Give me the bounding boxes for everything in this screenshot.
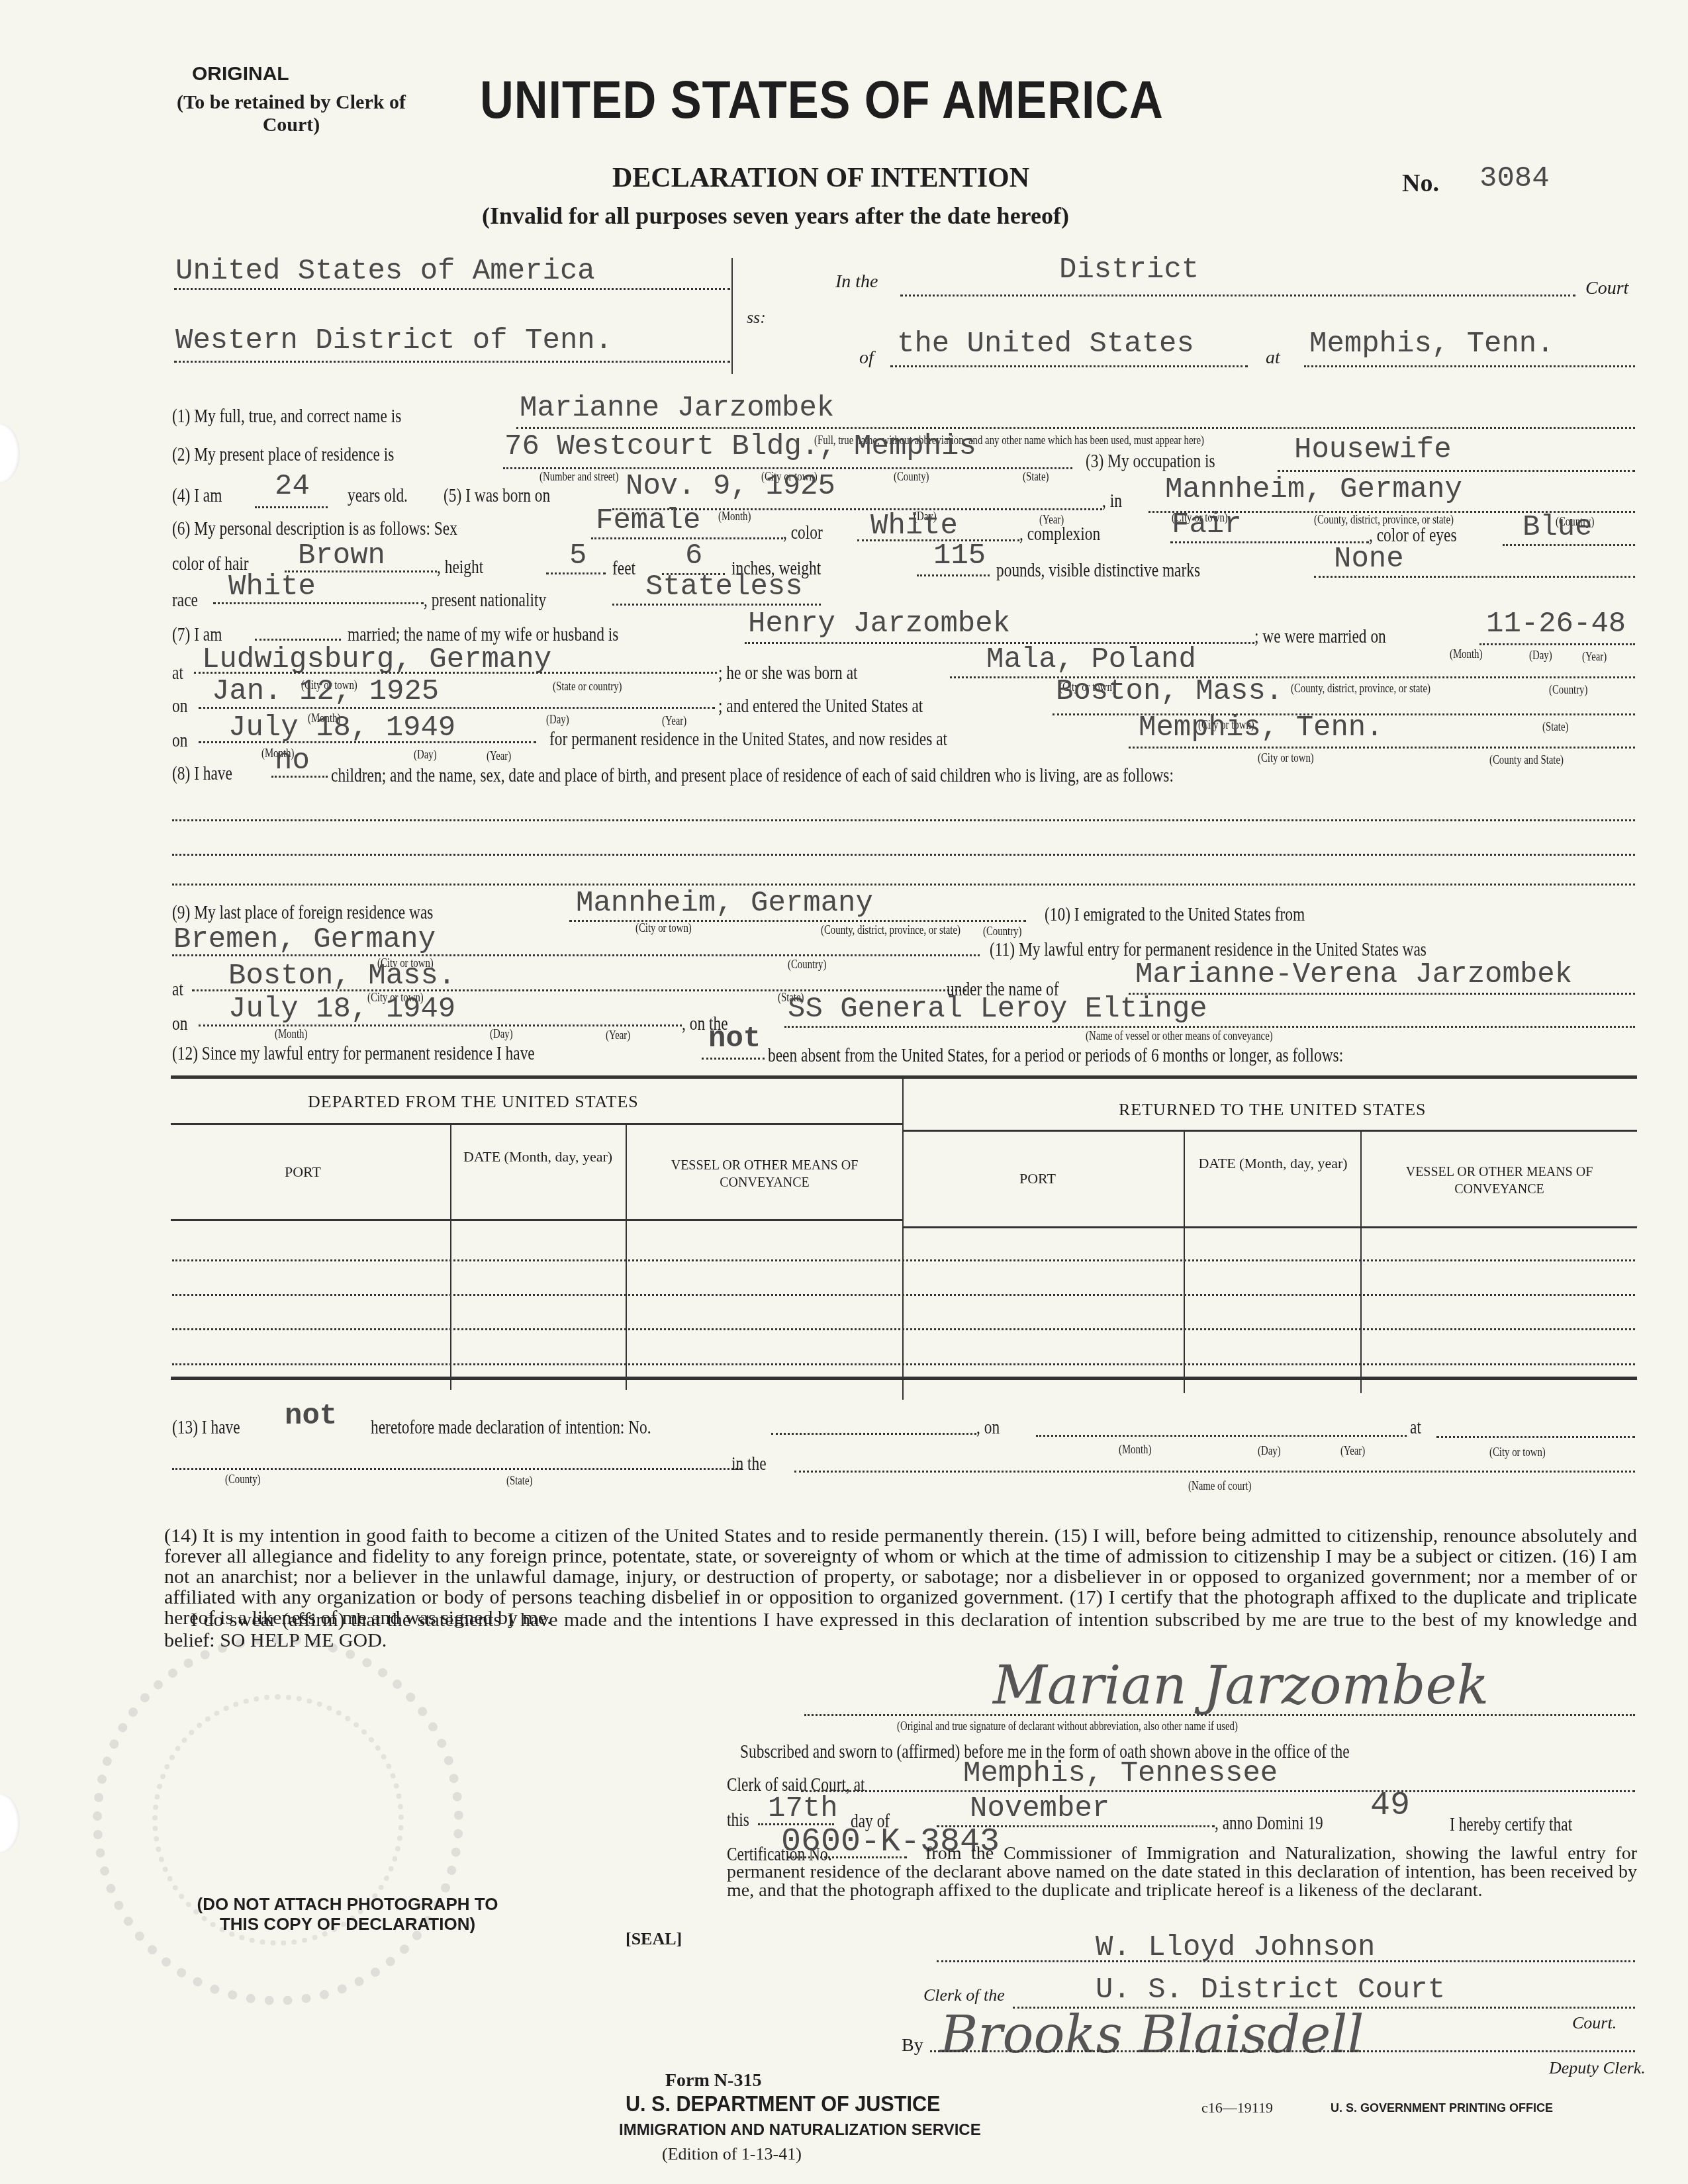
hint-state: (State) (506, 1474, 533, 1488)
returned-heading: RETURNED TO THE UNITED STATES (1119, 1100, 1427, 1120)
emigrated-from-line (172, 954, 980, 956)
col-vessel-departed: VESSEL OR OTHER MEANS OF CONVEYANCE (632, 1157, 897, 1191)
nationality-label: , present nationality (424, 589, 546, 612)
color: White (870, 510, 958, 543)
full-name: Marianne Jarzombek (520, 392, 834, 425)
feet-label: feet (612, 557, 635, 580)
nationality-line (612, 604, 821, 606)
declaration-number: 3084 (1479, 162, 1550, 195)
court-of: the United States (897, 328, 1194, 361)
print-code: c16—19119 (1201, 2099, 1273, 2116)
children-blank-line (172, 884, 1635, 886)
hint-court-name: (Name of court) (1188, 1479, 1251, 1494)
hint-day: (Day) (1258, 1444, 1281, 1459)
by-label: By (902, 2035, 923, 2056)
oath-place: Memphis, Tennessee (963, 1757, 1278, 1790)
q13-label: (13) I have (172, 1416, 240, 1439)
spouse-entry-port: Boston, Mass. (1056, 675, 1283, 708)
hint-month: (Month) (1119, 1443, 1151, 1457)
table-row (172, 1259, 1635, 1261)
page-title: UNITED STATES OF AMERICA (480, 69, 1164, 130)
race-label: race (172, 589, 198, 612)
spouse-residence: Memphis, Tenn. (1139, 711, 1383, 745)
hint-month: (Month) (1450, 647, 1482, 662)
col-port-departed: PORT (285, 1163, 321, 1181)
hint-year: (Year) (1340, 1444, 1365, 1459)
signature-hint: (Original and true signature of declaran… (897, 1719, 1238, 1734)
q4-label: (4) I am (172, 484, 222, 507)
q12-label: (12) Since my lawful entry for permanent… (172, 1042, 535, 1065)
vessel-hint: (Name of vessel or other means of convey… (1086, 1029, 1273, 1044)
prior-court-line (794, 1471, 1635, 1473)
hint-day: (Day) (490, 1027, 513, 1042)
clerk-name-line (937, 1960, 1635, 1962)
this-label: this (727, 1809, 749, 1831)
hint-month: (Month) (718, 510, 751, 524)
in-label: , in (1102, 490, 1122, 512)
married-on-label: ; we were married on (1254, 625, 1386, 648)
cert-text: from the Commissioner of Immigration and… (727, 1844, 1637, 1900)
table-row (172, 1363, 1635, 1365)
service-name: IMMIGRATION AND NATURALIZATION SERVICE (619, 2121, 981, 2140)
deputy-clerk-label: Deputy Clerk. (1549, 2058, 1646, 2078)
clerk-name: W. Lloyd Johnson (1096, 1931, 1375, 1964)
permres-label: for permanent residence in the United St… (549, 728, 947, 751)
retained-note: (To be retained by Clerk of Court) (165, 91, 417, 136)
venue-district: Western District of Tenn. (175, 324, 612, 357)
vessel-line (784, 1026, 1635, 1028)
married-blank (255, 639, 341, 641)
declaration-form: ORIGINAL (To be retained by Clerk of Cou… (0, 0, 1688, 2184)
spouse-born-label: ; he or she was born at (718, 662, 858, 684)
q11-label: (11) My lawful entry for permanent resid… (990, 938, 1427, 961)
q3-label: (3) My occupation is (1086, 450, 1215, 473)
col-port-returned: PORT (1019, 1170, 1056, 1187)
hint-city: (City or town) (635, 921, 692, 936)
venue-country: United States of America (175, 255, 595, 288)
court-of-line (890, 365, 1248, 367)
marks-label: pounds, visible distinctive marks (996, 559, 1200, 582)
hint-country: (Country) (983, 925, 1021, 939)
court-location: Memphis, Tenn. (1309, 328, 1554, 361)
spouse-entry-date-line (199, 741, 536, 743)
hint-year: (Year) (662, 714, 686, 729)
entry-date: July 18, 1949 (228, 993, 455, 1026)
marriage-place-line (194, 672, 717, 674)
clerk-court: U. S. District Court (1096, 1974, 1445, 2007)
hint-county: (County) (894, 470, 929, 484)
height-inches: 6 (685, 539, 702, 572)
on-label: on (172, 1013, 187, 1035)
oath-place-line (801, 1790, 1635, 1792)
race-line (213, 602, 424, 604)
venue-country-line (174, 288, 730, 290)
hint-state: (State) (1023, 470, 1049, 484)
at-label: at (172, 978, 183, 1001)
hint-county: (County, district, province, or state) (1291, 682, 1430, 696)
declarant-signature: Marian Jarzombek (993, 1655, 1489, 1716)
prior-declaration-status: not (285, 1400, 337, 1433)
q8-label: (8) I have (172, 762, 232, 785)
form-number: Form N-315 (665, 2070, 761, 2091)
eyes-line (1503, 544, 1635, 546)
oath-month: November (970, 1792, 1109, 1825)
children-count: no (275, 745, 310, 778)
race: White (228, 570, 316, 604)
entry-port-line (192, 989, 966, 991)
hint-county: (County, district, province, or state) (821, 923, 961, 938)
age-line (255, 506, 328, 508)
departed-heading: DEPARTED FROM THE UNITED STATES (308, 1092, 639, 1112)
prior-date-line (1036, 1435, 1407, 1437)
spouse-entry-date: July 18, 1949 (228, 711, 455, 745)
punch-hole (0, 424, 20, 483)
height-feet-line (546, 572, 606, 574)
children-line (271, 776, 328, 778)
weight: 115 (933, 539, 986, 572)
anno-domini-label: , anno Domini 19 (1215, 1812, 1323, 1835)
hint-day: (Day) (414, 748, 437, 762)
height-feet: 5 (569, 539, 586, 572)
court-suffix: Court. (1572, 2013, 1617, 2033)
occupation-line (1278, 470, 1635, 472)
color-label: , color (783, 522, 823, 544)
marriage-date-line (1479, 643, 1635, 645)
ss-label: ss: (747, 308, 766, 328)
q9-label: (9) My last place of foreign residence w… (172, 901, 433, 924)
q13-on-label: , on (976, 1416, 1000, 1439)
absence-status: not (708, 1023, 761, 1056)
sex: Female (596, 504, 700, 537)
hint-city: (City or town) (1489, 1445, 1546, 1460)
q13-in-the-label: in the (731, 1453, 767, 1475)
children-blank-line (172, 854, 1635, 856)
occupation: Housewife (1294, 433, 1452, 467)
no-label: No. (1402, 169, 1439, 198)
q2-label: (2) My present place of residence is (172, 443, 394, 466)
q6-label: (6) My personal description is as follow… (172, 518, 457, 540)
hint-county: (County) (225, 1473, 261, 1487)
court-location-line (1304, 365, 1635, 367)
emigrated-from: Bremen, Germany (173, 923, 436, 956)
q5-label: (5) I was born on (444, 484, 550, 507)
hint-year: (Year) (1582, 650, 1607, 664)
entry-name: Marianne-Verena Jarzombek (1135, 958, 1572, 991)
complexion: Fair (1172, 508, 1242, 541)
on-label: on (172, 695, 187, 717)
hint-number-street: (Number and street) (539, 470, 618, 484)
col-date-returned: DATE (Month, day, year) (1190, 1155, 1356, 1172)
oath-day: 17th (768, 1792, 838, 1825)
at-label: at (1266, 347, 1280, 369)
on-label: on (172, 729, 187, 752)
entry-date-line (199, 1024, 682, 1026)
marks-line (1314, 576, 1635, 578)
seal-label: [SEAL] (626, 1929, 682, 1949)
court-type-line (900, 295, 1575, 296)
eye-color: Blue (1523, 511, 1593, 544)
venue-district-line (174, 361, 730, 363)
prior-county-state-line (172, 1468, 741, 1470)
complexion-label: , complexion (1019, 523, 1100, 545)
distinctive-marks: None (1334, 543, 1404, 576)
at-label: at (172, 662, 183, 684)
prior-no-line (771, 1433, 976, 1435)
q4-years-label: years old. (348, 484, 408, 507)
spouse-residence-line (1129, 747, 1635, 749)
q12-suffix-label: been absent from the United States, for … (768, 1044, 1343, 1067)
q13-no-label: heretofore made declaration of intention… (371, 1416, 651, 1439)
hint-day: (Day) (1529, 649, 1552, 663)
of-label: of (859, 347, 874, 369)
nationality: Stateless (645, 570, 803, 604)
in-the-label: In the (835, 271, 878, 293)
spouse-birth-date: Jan. 12, 1925 (212, 675, 439, 708)
clerk-of-the-label: Clerk of the (923, 1985, 1005, 2005)
hint-country: (Country) (1549, 683, 1587, 698)
court-label: Court (1585, 278, 1628, 299)
table-row (172, 1328, 1635, 1330)
edition: (Edition of 1-13-41) (662, 2144, 802, 2164)
punch-hole (0, 1794, 20, 1853)
hair-color: Brown (298, 539, 385, 572)
q1-label: (1) My full, true, and correct name is (172, 405, 401, 428)
hint-city: (City or town) (1258, 751, 1314, 766)
deputy-clerk-signature: Brooks Blaisdell (940, 2005, 1364, 2065)
q13-at-label: at (1410, 1416, 1421, 1439)
hint-state: (State) (1542, 720, 1569, 735)
entry-port: Boston, Mass. (228, 960, 455, 993)
marriage-date: 11-26-48 (1486, 608, 1626, 641)
photo-note: (DO NOT ATTACH PHOTOGRAPH TO THIS COPY O… (175, 1894, 520, 1934)
validity-note: (Invalid for all purposes seven years af… (482, 202, 1069, 230)
q10-label: (10) I emigrated to the United States fr… (1045, 903, 1305, 926)
spouse-birth-date-line (199, 707, 715, 709)
residence: 76 Westcourt Bldg., Memphis (504, 430, 976, 463)
hint-country: (Country) (788, 958, 826, 972)
col-date-departed: DATE (Month, day, year) (457, 1148, 619, 1165)
signature-line (804, 1714, 1635, 1716)
department-name: U. S. DEPARTMENT OF JUSTICE (626, 2091, 940, 2117)
q7-spouse-label: married; the name of my wife or husband … (348, 623, 618, 646)
certify-label: I hereby certify that (1450, 1813, 1572, 1836)
birth-date: Nov. 9, 1925 (626, 470, 835, 503)
residence-line (503, 467, 1072, 469)
table-row (172, 1294, 1635, 1296)
form-subtitle: DECLARATION OF INTENTION (612, 162, 1029, 194)
court-type: District (1059, 253, 1199, 287)
hint-year: (Year) (487, 749, 511, 764)
height-label: , height (437, 556, 483, 578)
vessel-name: SS General Leroy Eltinge (788, 993, 1207, 1026)
absence-line (702, 1058, 765, 1060)
hint-county-state: (County and State) (1489, 753, 1564, 768)
last-foreign-residence: Mannheim, Germany (576, 887, 873, 920)
spouse-name: Henry Jarzombek (748, 608, 1010, 641)
prior-city-line (1436, 1436, 1635, 1438)
printer: U. S. GOVERNMENT PRINTING OFFICE (1331, 2101, 1553, 2115)
entered-label: ; and entered the United States at (718, 695, 923, 717)
hint-day: (Day) (546, 713, 569, 727)
q7-label: (7) I am (172, 623, 222, 646)
oath-swear: I do swear (affirm) that the statements … (164, 1610, 1637, 1651)
oath-year: 49 (1370, 1787, 1410, 1825)
original-label: ORIGINAL (192, 63, 289, 85)
children-blank-line (172, 819, 1635, 821)
birth-place: Mannheim, Germany (1165, 473, 1462, 506)
weight-line (917, 574, 990, 576)
venue-brace (731, 258, 733, 374)
col-vessel-returned: VESSEL OR OTHER MEANS OF CONVEYANCE (1367, 1163, 1632, 1198)
spouse-birthplace: Mala, Poland (986, 643, 1196, 676)
deputy-line (930, 2050, 1635, 2052)
q8-children-label: children; and the name, sex, date and pl… (331, 764, 1174, 787)
hint-state-country: (State or country) (553, 680, 622, 694)
hint-month: (Month) (275, 1027, 307, 1042)
hint-year: (Year) (606, 1028, 630, 1043)
age: 24 (275, 470, 310, 503)
full-name-line (516, 427, 1635, 429)
spouse-birthplace-line (950, 676, 1635, 678)
